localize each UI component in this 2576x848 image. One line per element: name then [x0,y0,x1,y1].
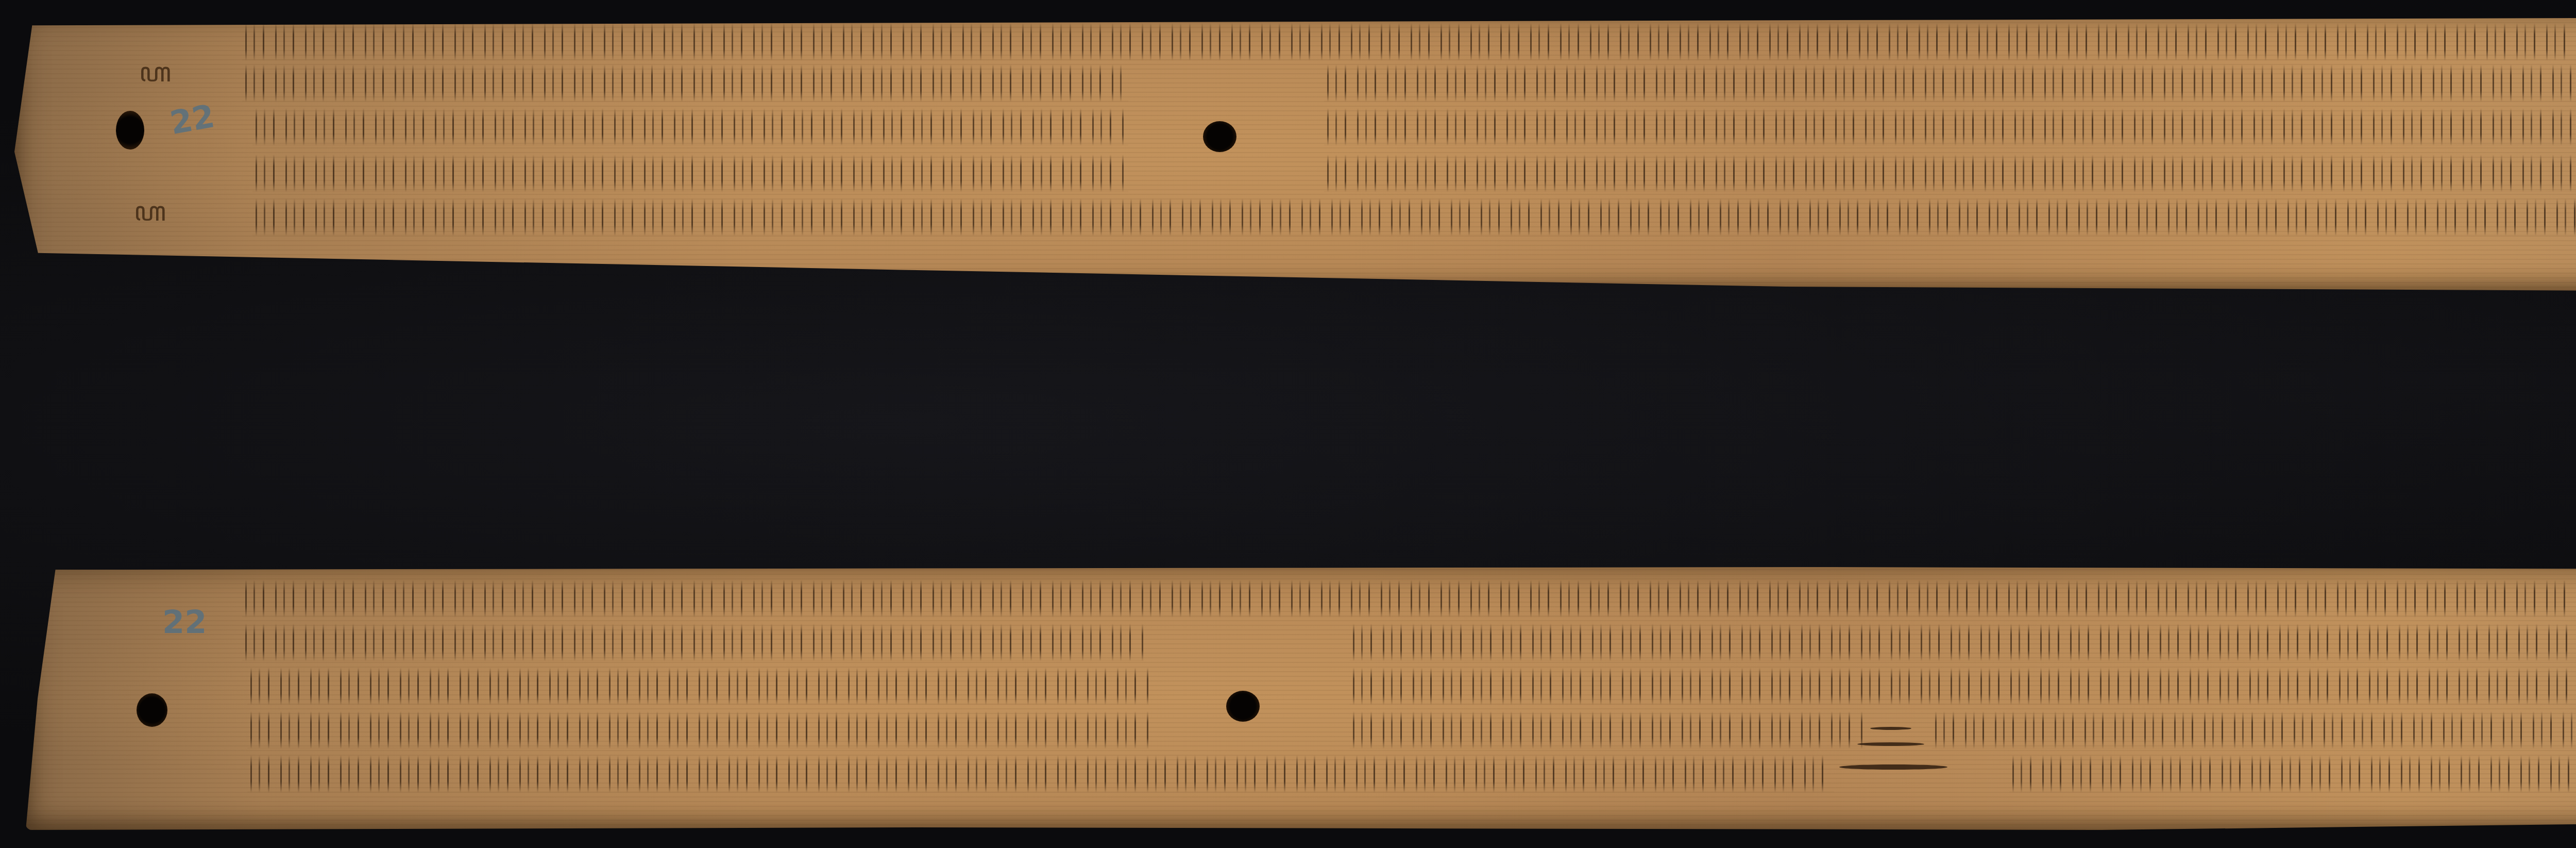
separator-dash [1839,764,1947,770]
separator-dash [1870,727,1911,730]
script-line-5-bottom-left [247,755,1834,793]
script-line-2-top-right [1324,64,2576,102]
script-line-2-bottom-right [1350,624,2576,661]
script-line-3-bottom-right [1350,668,2576,705]
script-line-5-top [252,198,2576,236]
script-line-2-bottom-left [242,624,1144,661]
binding-hole-left-bottom [137,693,167,727]
script-line-4-bottom-left [247,711,1149,749]
script-line-3-top-right [1324,108,2576,146]
binding-hole-left-top [116,111,144,149]
script-line-5-bottom-right [2009,755,2576,793]
margin-note-glyph: ꦲ [134,191,166,245]
script-line-4-bottom-right [1932,711,2576,749]
script-line-4-top-right [1324,155,2576,192]
script-line-4-top-left [252,155,1128,192]
script-line-1-bottom [242,580,2576,618]
margin-note-glyph: ꦲ [139,52,171,106]
script-line-1-top [242,23,2576,61]
script-line-3-top-left [252,108,1128,146]
script-line-4-bottom-mid [1350,711,1865,749]
script-line-3-bottom-left [247,668,1149,705]
binding-hole-center-bottom [1226,691,1260,722]
folio-number-bottom-left: 22 [162,603,207,641]
separator-dash [1857,742,1924,746]
folio-number-top-left: 22 [167,97,217,142]
script-line-2-top-left [242,64,1128,102]
binding-hole-center-top [1203,121,1236,152]
